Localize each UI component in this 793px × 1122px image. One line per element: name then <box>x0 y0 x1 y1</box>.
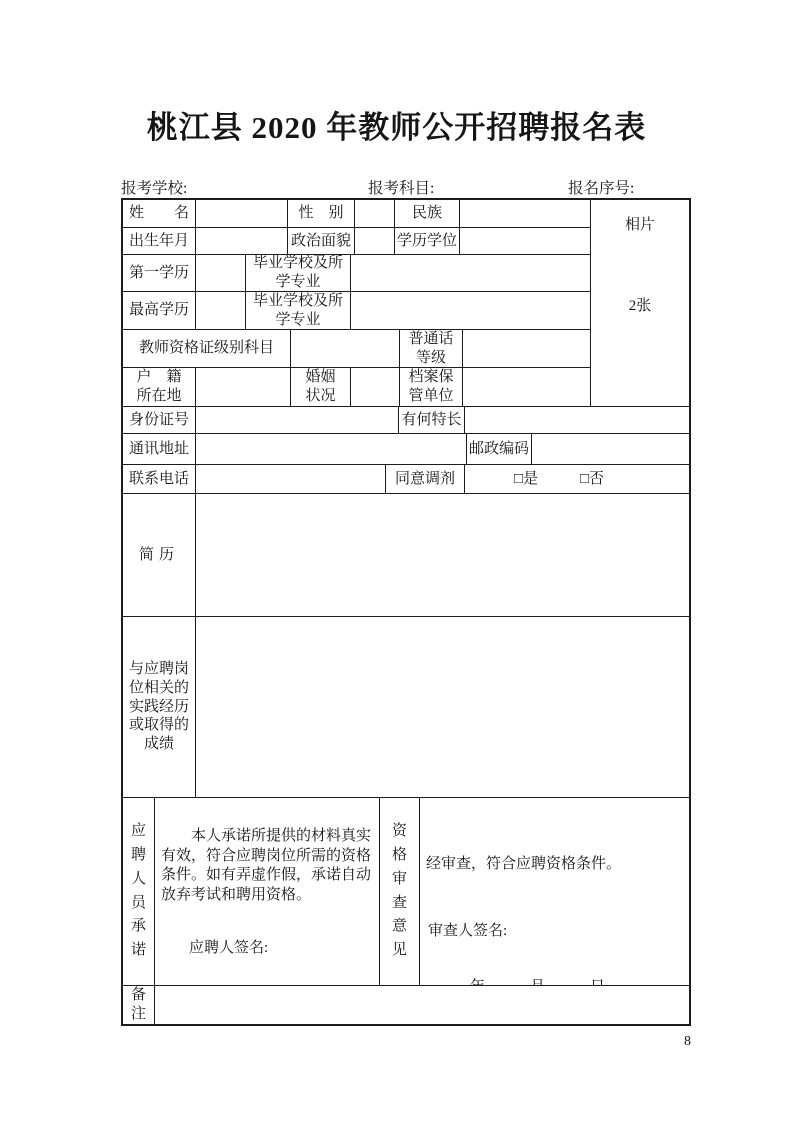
highest-school-major-field[interactable] <box>351 292 591 329</box>
consent-yes-checkbox[interactable]: □是 <box>514 470 538 489</box>
id-number-field[interactable] <box>196 407 399 433</box>
political-status-field[interactable] <box>355 228 395 254</box>
first-school-major-label: 毕业学校及所 学专业 <box>246 255 351 291</box>
postcode-field[interactable] <box>532 434 689 464</box>
apply-subject-label: 报考科目: <box>368 176 434 198</box>
hukou-label: 户 籍 所在地 <box>123 368 196 406</box>
gender-field[interactable] <box>355 200 395 227</box>
review-approved-text: 经审查，符合应聘资格条件。 <box>426 855 621 874</box>
commitment-cell[interactable]: 本人承诺所提供的材料真实有效，符合应聘岗位所需的资格条件。如有弄虚作假，承诺自动… <box>155 798 380 985</box>
page-title: 桃江县 2020 年教师公开招聘报名表 <box>0 102 793 147</box>
name-label: 姓 名 <box>123 200 196 227</box>
photo-label: 相片 <box>625 216 655 235</box>
teacher-cert-field[interactable] <box>291 330 400 367</box>
applicant-commitment-label: 应 聘 人 员 承 诺 <box>123 798 155 985</box>
experience-row: 与应聘岗 位相关的 实践经历 或取得的 成绩 <box>123 617 689 798</box>
first-education-field[interactable] <box>196 255 246 291</box>
top-section-left: 姓 名 性 别 民族 出生年月 政治面貌 学历学位 第一学历 <box>123 200 591 406</box>
consent-no-checkbox[interactable]: □否 <box>580 470 604 489</box>
phone-row: 联系电话 同意调剂 □是 □否 <box>123 465 689 494</box>
resume-field[interactable] <box>196 494 689 616</box>
experience-label: 与应聘岗 位相关的 实践经历 或取得的 成绩 <box>123 617 196 797</box>
birthdate-label: 出生年月 <box>123 228 196 254</box>
remarks-field[interactable] <box>155 986 689 1024</box>
ethnicity-label: 民族 <box>395 200 460 227</box>
highest-education-field[interactable] <box>196 292 246 329</box>
transfer-consent-label: 同意调剂 <box>386 465 465 493</box>
teacher-cert-row: 教师资格证级别科目 普通话 等级 <box>123 330 591 368</box>
postcode-label: 邮政编码 <box>467 434 532 464</box>
page-number: 8 <box>684 1034 691 1050</box>
photo-count-label: 2张 <box>629 297 652 316</box>
mandarin-level-label: 普通话 等级 <box>400 330 463 367</box>
birthdate-row: 出生年月 政治面貌 学历学位 <box>123 228 591 255</box>
name-row: 姓 名 性 别 民族 <box>123 200 591 228</box>
serial-number-label: 报名序号: <box>568 176 634 198</box>
id-number-row: 身份证号 有何特长 <box>123 407 689 434</box>
hukou-field[interactable] <box>196 368 291 406</box>
name-field[interactable] <box>196 200 288 227</box>
archive-unit-label: 档案保 管单位 <box>400 368 463 406</box>
specialty-field[interactable] <box>465 407 689 433</box>
archive-unit-field[interactable] <box>463 368 591 406</box>
first-education-label: 第一学历 <box>123 255 196 291</box>
ethnicity-field[interactable] <box>460 200 591 227</box>
address-label: 通讯地址 <box>123 434 196 464</box>
transfer-consent-field: □是 □否 <box>465 465 689 493</box>
marital-status-field[interactable] <box>351 368 400 406</box>
birthdate-field[interactable] <box>196 228 288 254</box>
first-school-major-field[interactable] <box>351 255 591 291</box>
form-page: 桃江县 2020 年教师公开招聘报名表 报考学校: 报考科目: 报名序号: 姓 … <box>0 0 793 1122</box>
degree-label: 学历学位 <box>395 228 460 254</box>
photo-cell[interactable]: 相片 2张 <box>591 200 689 406</box>
gender-label: 性 别 <box>288 200 355 227</box>
apply-school-label: 报考学校: <box>121 176 187 198</box>
mandarin-level-field[interactable] <box>463 330 591 367</box>
remarks-label: 备 注 <box>123 986 155 1024</box>
highest-education-row: 最高学历 毕业学校及所 学专业 <box>123 292 591 330</box>
commitment-review-row: 应 聘 人 员 承 诺 本人承诺所提供的材料真实有效，符合应聘岗位所需的资格条件… <box>123 798 689 986</box>
phone-label: 联系电话 <box>123 465 196 493</box>
review-date-line: 年 月 日 <box>426 978 621 985</box>
address-field[interactable] <box>196 434 467 464</box>
degree-field[interactable] <box>460 228 591 254</box>
resume-row: 简历 <box>123 494 689 617</box>
political-status-label: 政治面貌 <box>288 228 355 254</box>
qualification-review-label: 资 格 审 查 意 见 <box>380 798 420 985</box>
id-number-label: 身份证号 <box>123 407 196 433</box>
hukou-row: 户 籍 所在地 婚姻 状况 档案保 管单位 <box>123 368 591 406</box>
meta-row: 报考学校: 报考科目: 报名序号: <box>121 176 693 196</box>
review-cell[interactable]: 经审查，符合应聘资格条件。 审查人签名: 年 月 日 <box>420 798 627 985</box>
applicant-sign-label: 应聘人签名: <box>161 939 373 958</box>
reviewer-sign-label: 审查人签名: <box>426 922 621 941</box>
first-education-row: 第一学历 毕业学校及所 学专业 <box>123 255 591 292</box>
commitment-text: 本人承诺所提供的材料真实有效，符合应聘岗位所需的资格条件。如有弄虚作假，承诺自动… <box>161 827 373 906</box>
experience-field[interactable] <box>196 617 689 797</box>
marital-status-label: 婚姻 状况 <box>291 368 351 406</box>
teacher-cert-label: 教师资格证级别科目 <box>123 330 291 367</box>
top-section: 姓 名 性 别 民族 出生年月 政治面貌 学历学位 第一学历 <box>123 200 689 407</box>
specialty-label: 有何特长 <box>399 407 465 433</box>
resume-label: 简历 <box>123 494 196 616</box>
form-table: 姓 名 性 别 民族 出生年月 政治面貌 学历学位 第一学历 <box>121 198 691 1026</box>
phone-field[interactable] <box>196 465 386 493</box>
address-row: 通讯地址 邮政编码 <box>123 434 689 465</box>
remarks-row: 备 注 <box>123 986 689 1024</box>
highest-education-label: 最高学历 <box>123 292 196 329</box>
highest-school-major-label: 毕业学校及所 学专业 <box>246 292 351 329</box>
